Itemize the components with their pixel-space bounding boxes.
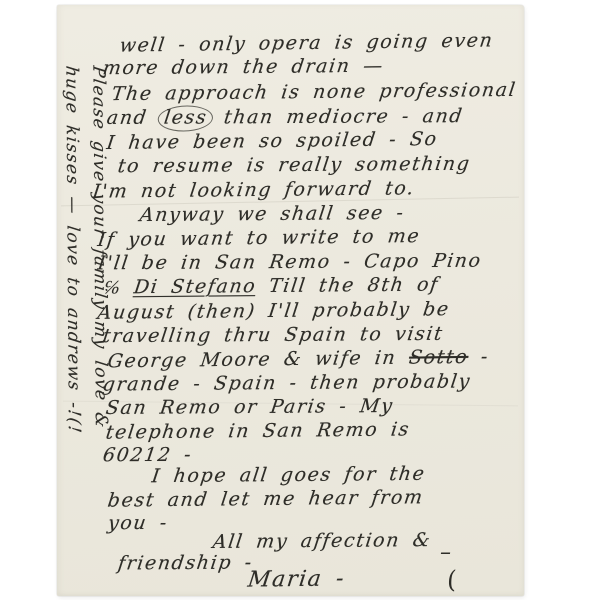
handwriting-line: friendship - — [117, 554, 254, 574]
handwriting-line: travelling thru Spain to visit — [102, 325, 445, 346]
handwriting-line: telephone in San Remo is — [105, 420, 412, 442]
handwriting-line: well - only opera is going even — [118, 31, 494, 55]
text-segment: best and let me hear from — [106, 486, 425, 511]
handwriting-line: George Moore & wife in Sotto - — [106, 348, 490, 372]
text-segment: George Moore & wife in — [106, 347, 410, 373]
handwriting-line: I have been so spoiled - So — [106, 130, 439, 153]
handwriting-line: ℅ Di Stefano Till the 8th of — [103, 276, 440, 298]
handwriting-line: Anyway we shall see - — [139, 204, 406, 225]
text-segment: than mediocre - and — [210, 105, 465, 128]
margin-note-line: huge kisses — love to andrews -!(! — [57, 64, 87, 533]
margin-note-line: Please give your family my love & — [84, 64, 114, 533]
text-segment: - — [467, 346, 491, 368]
handwriting-line: San Remo or Paris - My — [105, 397, 395, 418]
text-segment: and — [105, 107, 161, 129]
text-segment: telephone in San Remo is — [104, 418, 411, 443]
handwriting-line: to resume is really something — [117, 155, 472, 176]
struck-word: Sotto — [408, 346, 470, 369]
stray-dash-mark: – — [440, 540, 451, 565]
underlined-word: Di Stefano — [133, 275, 258, 298]
text-segment: San Remo or Paris - My — [104, 395, 395, 419]
handwriting-line: and less than mediocre - and — [106, 107, 465, 128]
text-segment: I'll be in San Remo - Capo Pino — [96, 250, 483, 275]
text-segment: Till the 8th of — [255, 274, 440, 298]
text-segment: you - — [107, 512, 170, 534]
margin-note: Please give your family my love & huge k… — [59, 66, 113, 531]
text-segment: Anyway we shall see - — [138, 202, 406, 226]
text-segment: grande - Spain - then probably — [101, 370, 472, 395]
handwriting-line: you - — [107, 514, 169, 533]
text-segment: to resume is really something — [116, 153, 472, 177]
text-segment: travelling thru Spain to visit — [101, 323, 444, 347]
text-segment: more down the drain — — [101, 55, 385, 79]
handwriting-line: All my affection & — [212, 531, 433, 552]
text-segment: Maria - — [246, 566, 346, 592]
handwriting-line: grande - Spain - then probably — [102, 372, 473, 394]
text-segment: The approach is none professional — [110, 79, 518, 105]
handwriting-line: best and let me hear from — [107, 488, 425, 510]
handwriting-line: If you want to write to me — [97, 227, 422, 250]
text-segment: If you want to write to me — [96, 225, 421, 251]
text-segment: I'm not looking forward to. — [91, 177, 416, 202]
scanned-letter-photo: well - only opera is going evenmore down… — [0, 0, 600, 600]
handwriting-line: August (then) I'll probably be — [97, 300, 451, 323]
text-segment: August (then) I'll probably be — [96, 298, 451, 324]
text-segment: 60212 - — [102, 444, 194, 466]
text-segment: friendship - — [117, 552, 255, 575]
handwriting-line: more down the drain — — [102, 57, 385, 78]
text-segment: All my affection & — [211, 529, 432, 553]
handwriting-line: I'll be in San Remo - Capo Pino — [97, 252, 483, 274]
signature-maria: Maria - — [247, 568, 347, 591]
handwriting-line: I'm not looking forward to. — [92, 179, 416, 201]
handwriting-line: The approach is none professional — [110, 81, 517, 104]
handwriting-line: I hope all goes for the — [151, 465, 427, 486]
text-segment: I have been so spoiled - So — [105, 128, 439, 154]
text-segment: I hope all goes for the — [150, 463, 427, 487]
handwriting-line: 60212 - — [102, 446, 194, 465]
